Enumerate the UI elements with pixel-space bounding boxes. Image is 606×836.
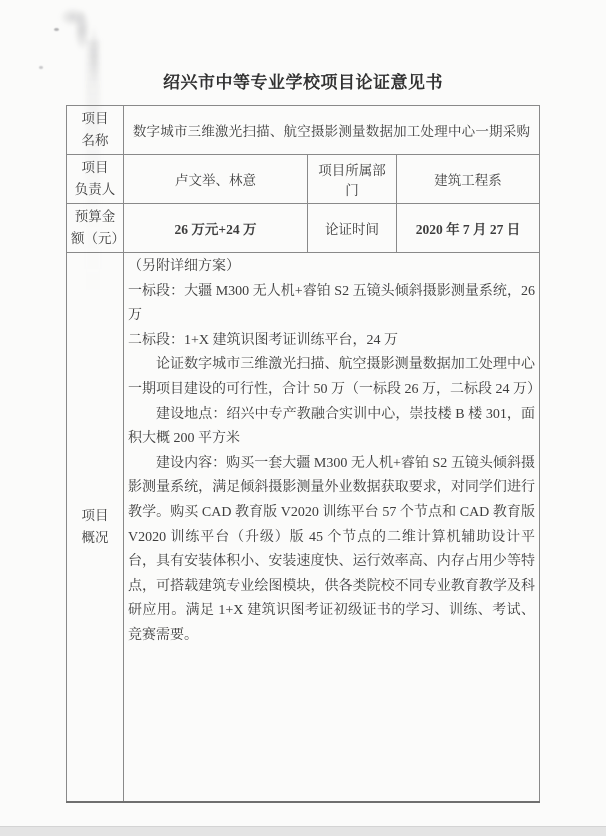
overview-paragraph: 建设内容：购买一套大疆 M300 无人机+睿铂 S2 五镜头倾斜摄影测量系统，满… [128,452,535,649]
review-time-value: 2020 年 7 月 27 日 [397,204,540,253]
budget-value: 26 万元+24 万 [124,204,308,253]
overview-paragraph: 建设地点：绍兴中专产教融合实训中心，崇技楼 B 楼 301，面积大概 200 平… [128,403,535,452]
document-title: 绍兴市中等专业学校项目论证意见书 [0,70,606,96]
project-name-label: 项目 名称 [67,106,124,155]
overview-content: （另附详细方案） 一标段：大疆 M300 无人机+睿铂 S2 五镜头倾斜摄影测量… [124,253,540,802]
project-form-table: 项目 名称 数字城市三维激光扫描、航空摄影测量数据加工处理中心一期采购 项目 负… [66,105,540,803]
scanner-edge [0,826,606,836]
scan-speck [54,28,59,31]
project-name-value: 数字城市三维激光扫描、航空摄影测量数据加工处理中心一期采购 [124,106,540,155]
department-value: 建筑工程系 [397,155,540,204]
overview-label: 项目 概况 [67,253,124,802]
row-budget: 预算金 额（元） 26 万元+24 万 论证时间 2020 年 7 月 27 日 [67,204,540,253]
overview-paragraph: 一标段：大疆 M300 无人机+睿铂 S2 五镜头倾斜摄影测量系统，26 万 [128,280,535,329]
budget-label: 预算金 额（元） [67,204,124,253]
project-leader-value: 卢文举、林意 [124,155,308,204]
review-time-label: 论证时间 [308,204,397,253]
scan-speck [39,66,43,69]
row-overview: 项目 概况 （另附详细方案） 一标段：大疆 M300 无人机+睿铂 S2 五镜头… [67,253,540,802]
overview-paragraph: 二标段：1+X 建筑识图考证训练平台，24 万 [128,329,535,354]
row-project-leader: 项目 负责人 卢文举、林意 项目所属部门 建筑工程系 [67,155,540,204]
project-leader-label: 项目 负责人 [67,155,124,204]
row-project-name: 项目 名称 数字城市三维激光扫描、航空摄影测量数据加工处理中心一期采购 [67,106,540,155]
overview-paragraph: 论证数字城市三维激光扫描、航空摄影测量数据加工处理中心一期项目建设的可行性，合计… [128,353,535,402]
overview-paragraph: （另附详细方案） [128,255,535,280]
department-label: 项目所属部门 [308,155,397,204]
